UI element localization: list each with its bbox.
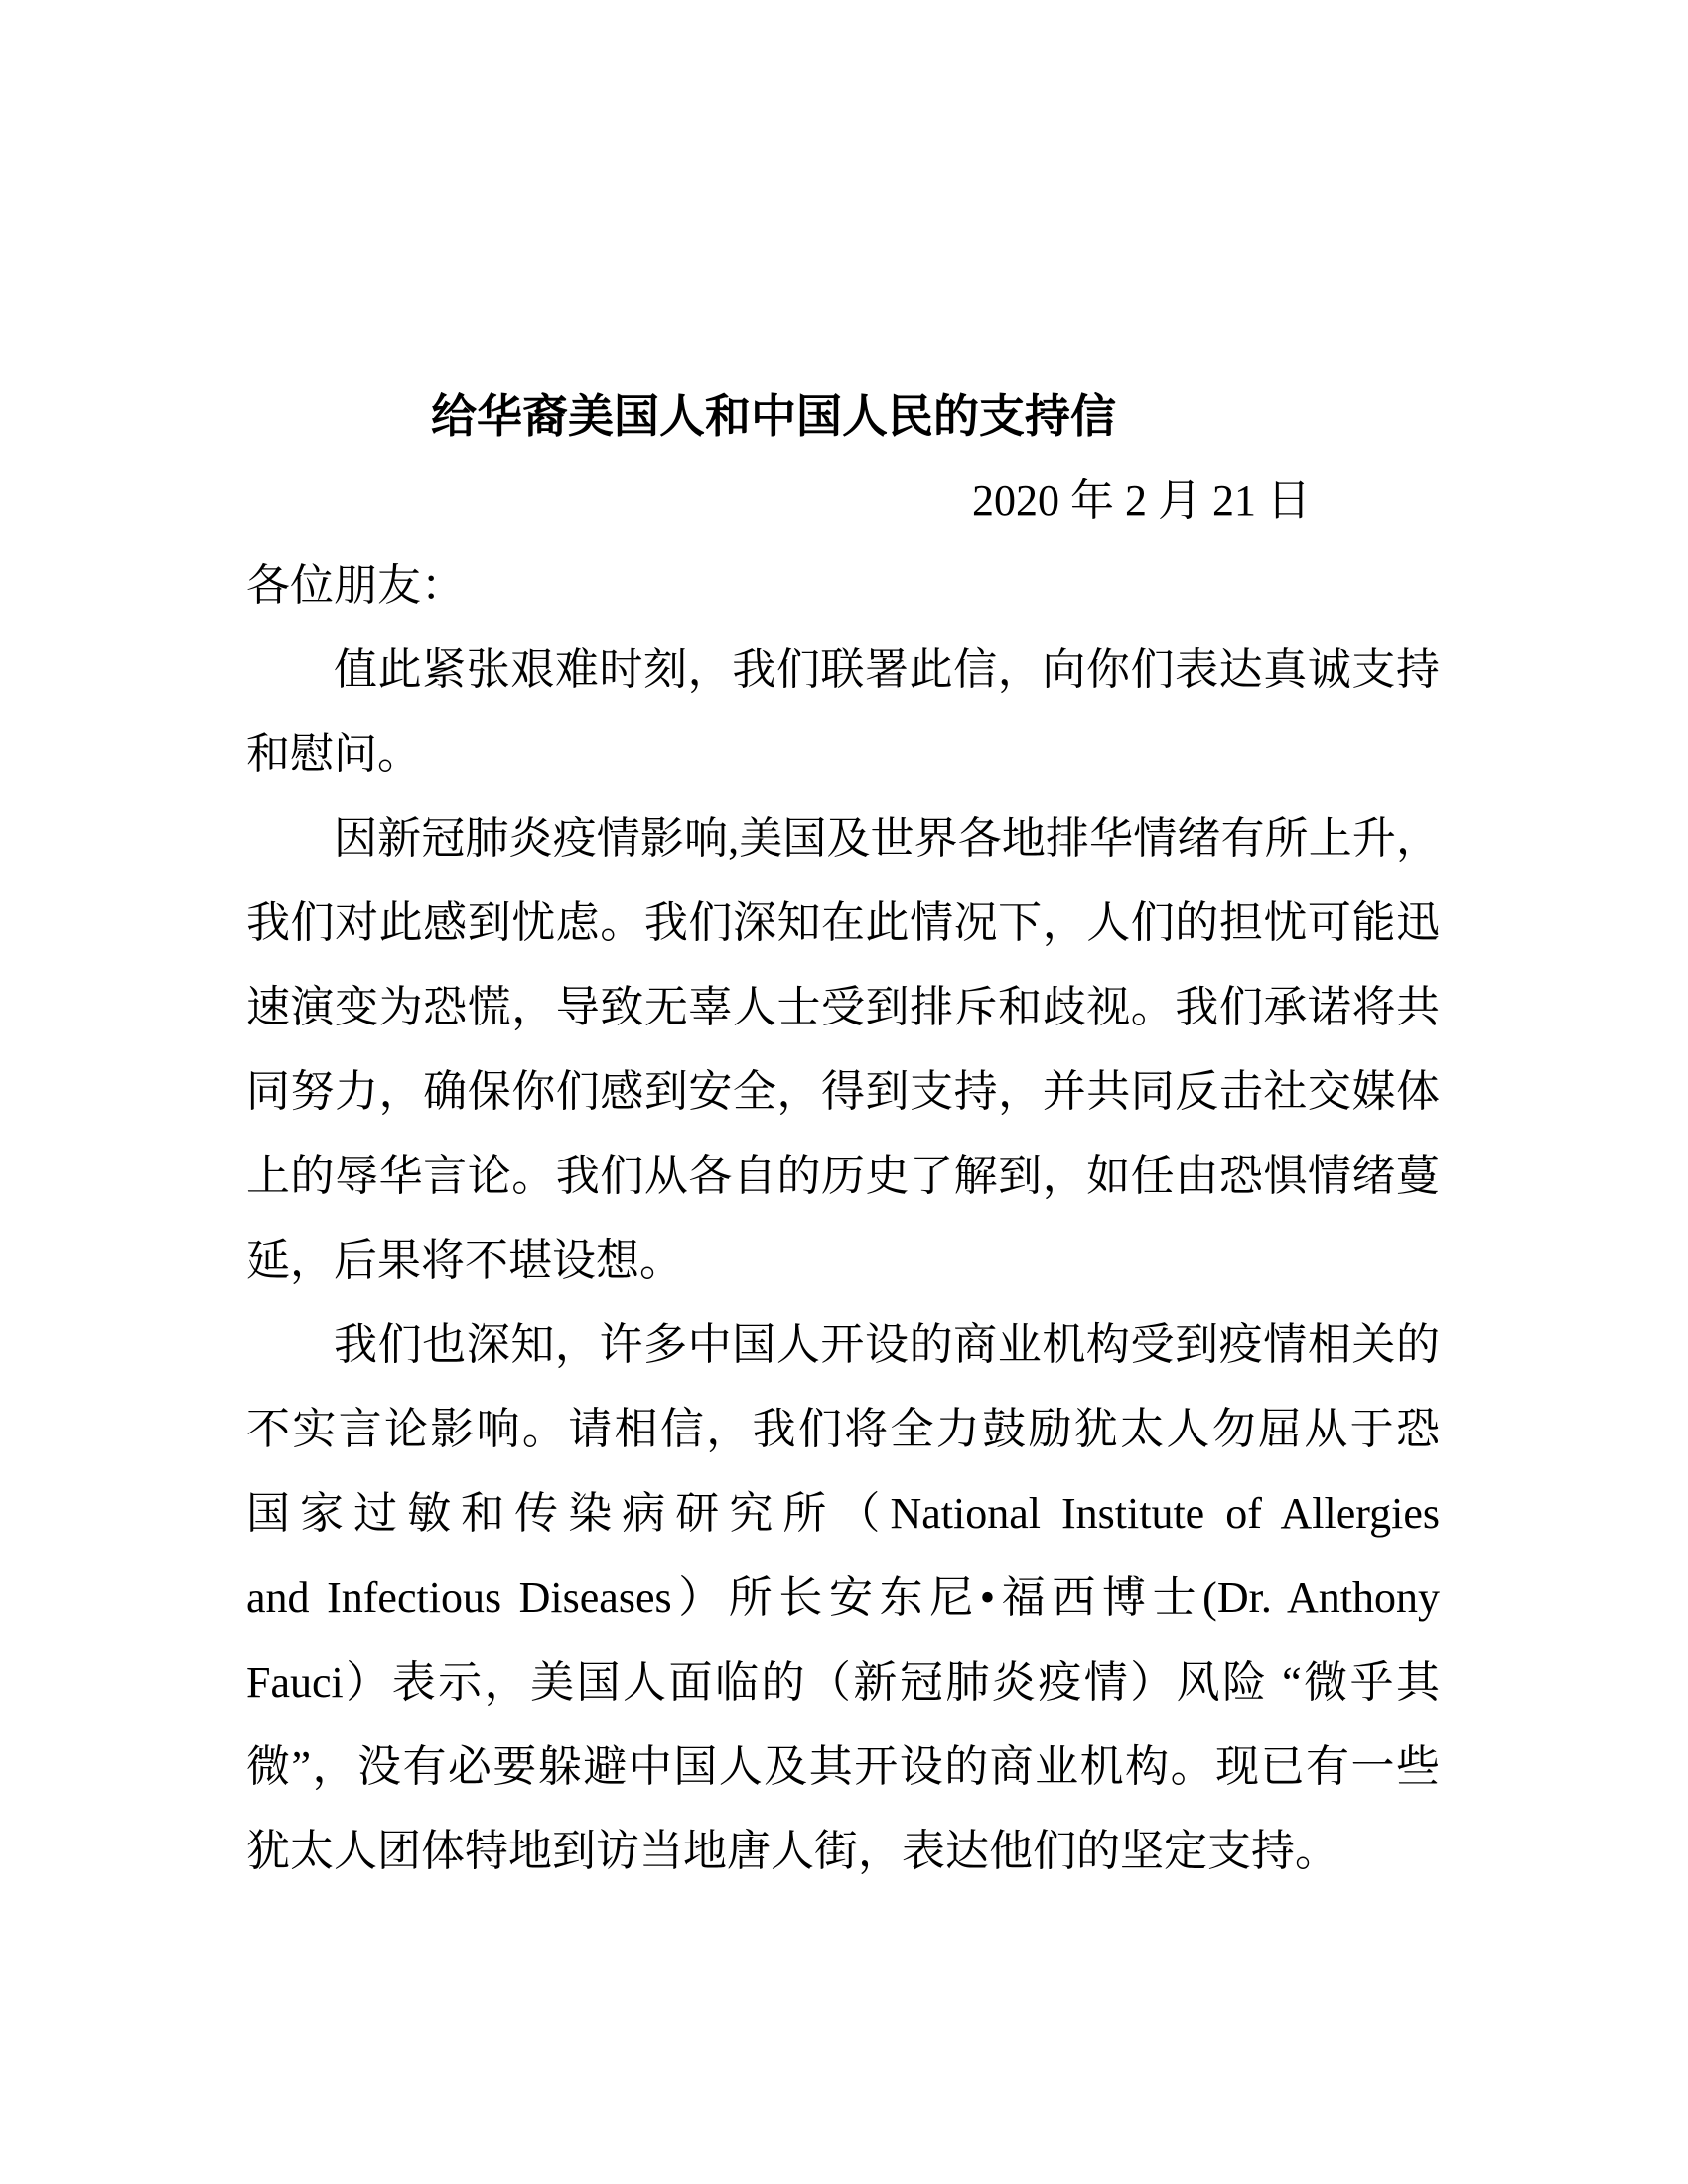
letter-line: Fauci）表示，美国人面临的（新冠肺炎疫情）风险 “微乎其 <box>246 1640 1440 1724</box>
document-page: 给华裔美国人和中国人民的支持信 2020 年 2 月 21 日 各位朋友： 值此… <box>0 0 1688 2184</box>
letter-line: 值此紧张艰难时刻，我们联署此信，向你们表达真诚支持 <box>246 627 1440 712</box>
letter-salutation: 各位朋友： <box>246 543 1440 627</box>
letter-content: 给华裔美国人和中国人民的支持信 2020 年 2 月 21 日 各位朋友： 值此… <box>246 374 1440 1893</box>
letter-line: 延，后果将不堪设想。 <box>246 1218 1440 1302</box>
letter-title: 给华裔美国人和中国人民的支持信 <box>246 374 1440 459</box>
letter-line: 同努力，确保你们感到安全，得到支持，并共同反击社交媒体 <box>246 1049 1440 1134</box>
letter-date: 2020 年 2 月 21 日 <box>246 459 1440 543</box>
letter-line: and Infectious Diseases）所长安东尼•福西博士(Dr. A… <box>246 1556 1440 1640</box>
letter-line: 微”，没有必要躲避中国人及其开设的商业机构。现已有一些 <box>246 1724 1440 1809</box>
letter-line: 我们也深知，许多中国人开设的商业机构受到疫情相关的 <box>246 1302 1440 1387</box>
letter-line: 国家过敏和传染病研究所（National Institute of Allerg… <box>246 1471 1440 1556</box>
letter-line: 和慰问。 <box>246 712 1440 796</box>
letter-line: 不实言论影响。请相信，我们将全力鼓励犹太人勿屈从于恐惧。 <box>246 1387 1440 1471</box>
letter-line: 犹太人团体特地到访当地唐人街，表达他们的坚定支持。 <box>246 1809 1440 1893</box>
letter-line: 速演变为恐慌，导致无辜人士受到排斥和歧视。我们承诺将共 <box>246 965 1440 1049</box>
letter-line: 我们对此感到忧虑。我们深知在此情况下，人们的担忧可能迅 <box>246 881 1440 965</box>
letter-line: 上的辱华言论。我们从各自的历史了解到，如任由恐惧情绪蔓 <box>246 1134 1440 1218</box>
letter-line: 因新冠肺炎疫情影响,美国及世界各地排华情绪有所上升， <box>246 796 1440 881</box>
